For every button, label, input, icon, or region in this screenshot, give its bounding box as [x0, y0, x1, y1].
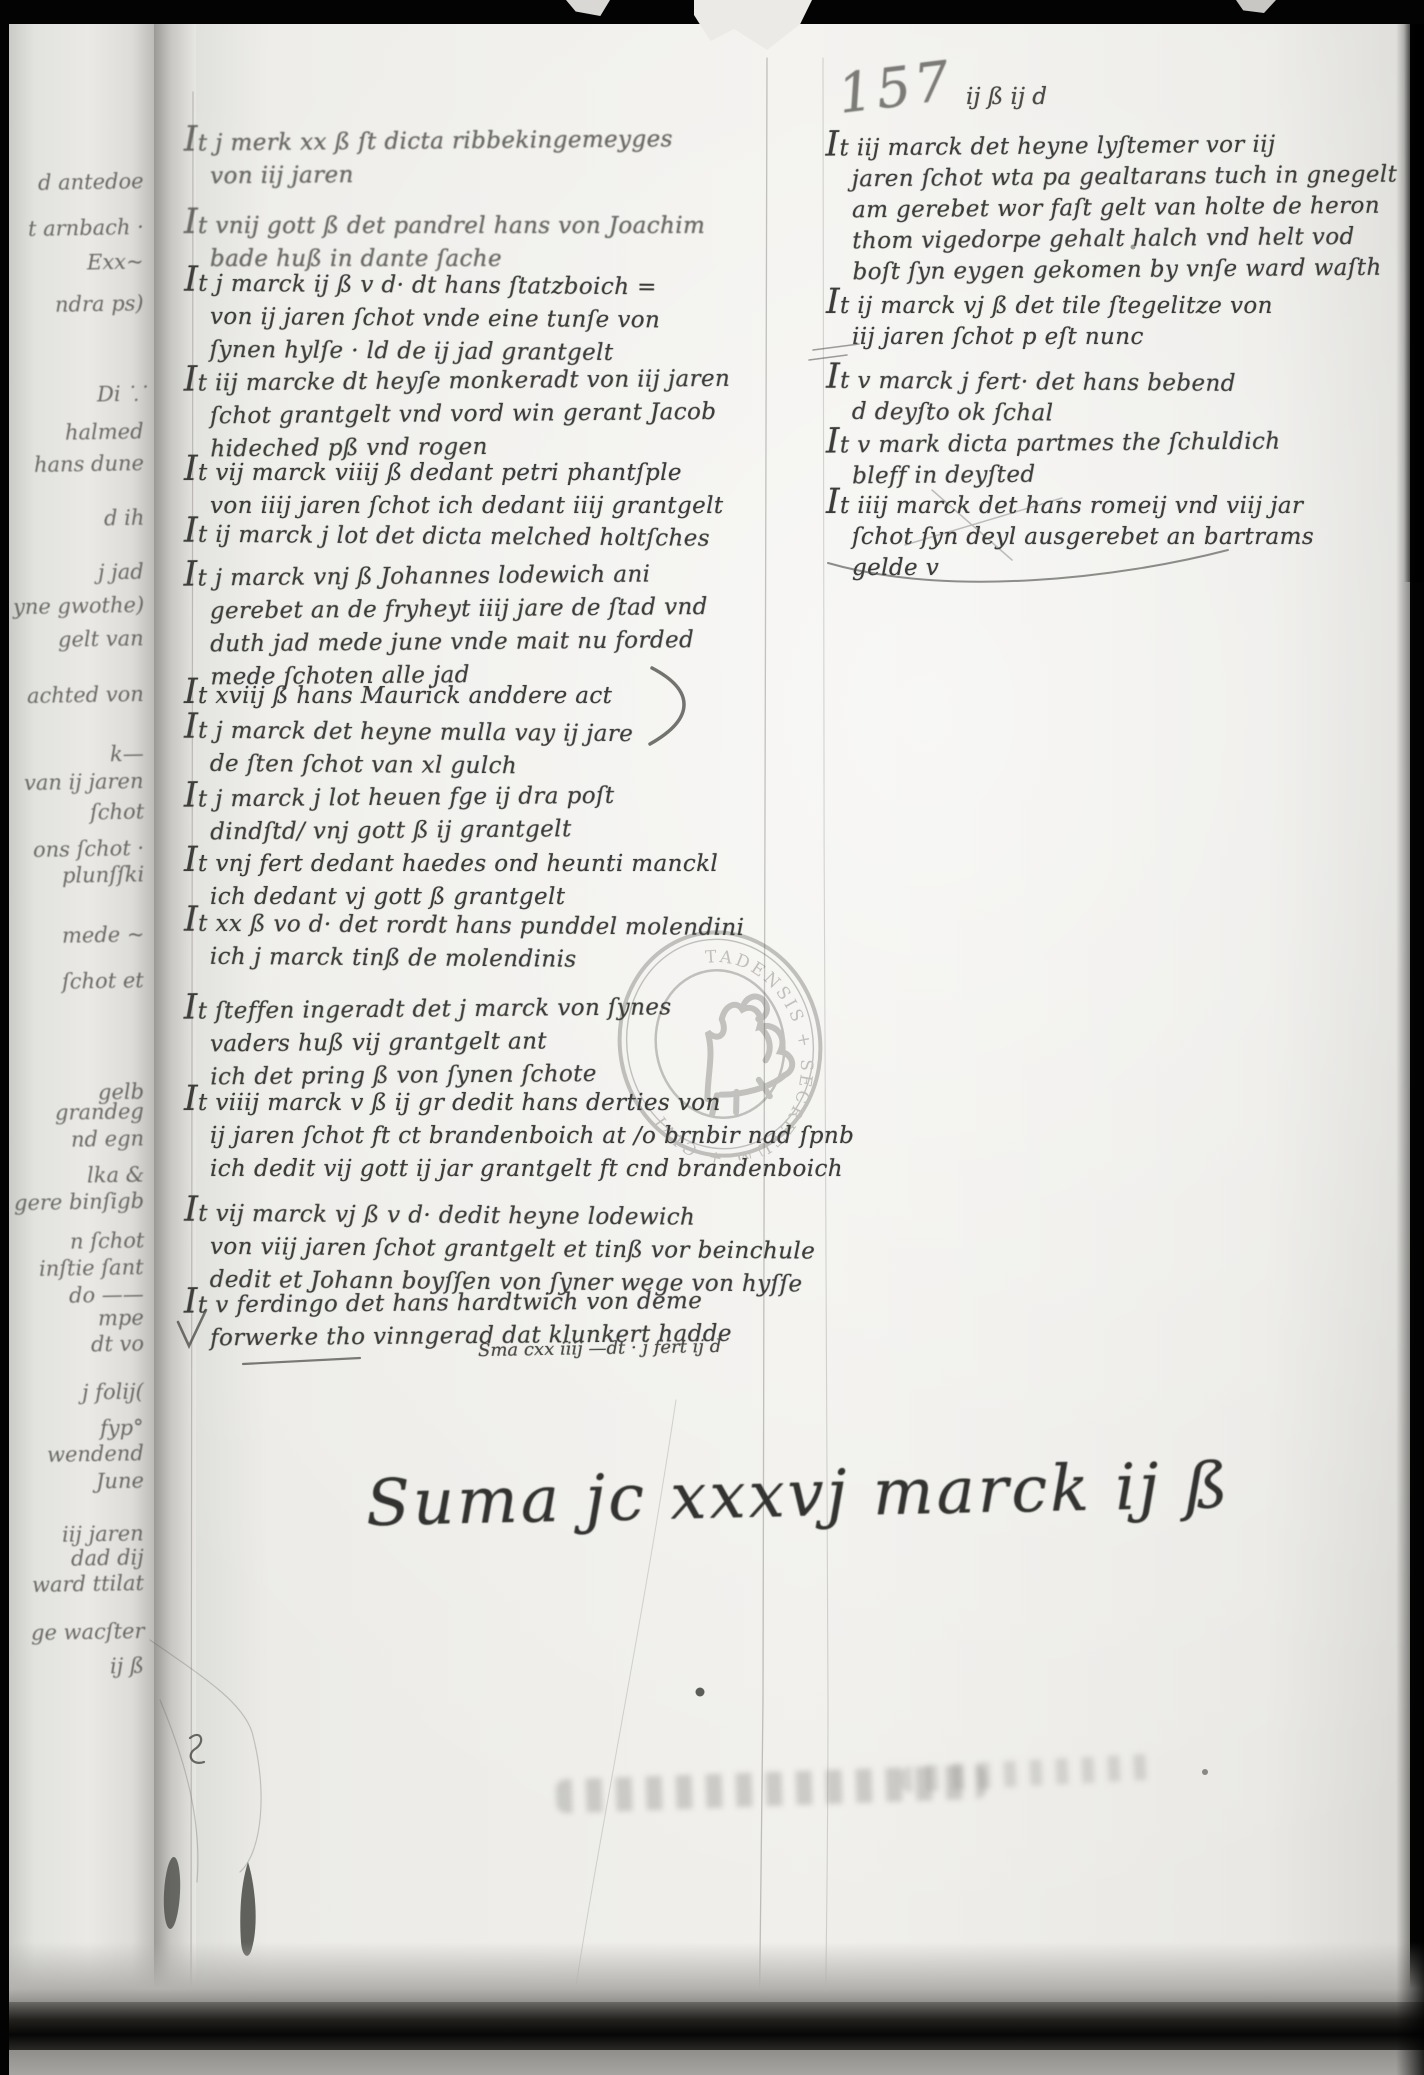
ledger-entry: It ij marck j lot det dicta melched holt…	[184, 514, 784, 557]
entry-line: jaren ſchot wta pa gealtarans tuch in gn…	[852, 159, 1416, 195]
ledger-entry: It ſteffen ingeradt det j marck von ſyne…	[184, 985, 785, 1094]
entry-line: ſchot ſyn deyl ausgerebet an bartrams	[852, 522, 1416, 553]
facing-page-fragment: iij jaren	[62, 1521, 144, 1546]
ledger-entry: It j marck vnj ß Johannes lodewich anige…	[183, 552, 784, 694]
ledger-entry: It vij marck viiij ß dedant petri phantſ…	[184, 452, 784, 523]
facing-page-fragment: hans dune	[34, 451, 144, 477]
entry-line: ſchot grantgelt vnd vord win gerant Jaco…	[210, 395, 784, 433]
entry-line: It j marck ij ß v d· dt hans ſtatzboich …	[184, 263, 784, 306]
facing-page-fragment: gere binſigb	[14, 1189, 144, 1215]
ledger-entry: It j marck ij ß v d· dt hans ſtatzboich …	[184, 263, 785, 372]
entry-line: It xx ß vo d· det rordt hans punddel mol…	[184, 903, 784, 946]
facing-page-fragment: j folij(	[82, 1379, 144, 1404]
facing-page-fragment: lka &	[86, 1163, 144, 1188]
facing-page-fragment: ndra ps)	[55, 291, 144, 317]
entry-line: It j marck vnj ß Johannes lodewich ani	[183, 552, 783, 595]
facing-page-fragment: plunſſki	[62, 862, 145, 887]
entry-line: It v marck j fert· det hans bebend	[826, 360, 1416, 402]
facing-page-fragment: Di ⸪	[96, 380, 144, 409]
entry-line: duth jad mede june vnde mait nu forded	[210, 623, 784, 661]
entry-line: ich j marck tinß de molendinis	[210, 941, 784, 979]
facing-page-fragment: d ih	[103, 506, 144, 531]
facing-page-fragment: dad dij	[71, 1545, 144, 1570]
entry-line: von iij jaren	[210, 155, 784, 193]
facing-page-fragment: n ſchot	[69, 1228, 144, 1253]
facing-page-edge: d antedoet arnbach ·Exx~ndra ps)Di ⸪halm…	[8, 22, 154, 1990]
ledger-entry: It viiij marck v ß ij gr dedit hans dert…	[184, 1082, 784, 1186]
entry-line: It j marck j lot heuen fge ij dra poſt	[184, 773, 784, 816]
facing-page-fragment: June	[96, 1469, 144, 1494]
entry-line: It ij marck vj ß det tile ſtegelitze von	[826, 285, 1416, 322]
entry-line: It j marck det heyne mulla vay ij jare	[184, 710, 784, 753]
facing-page-fragment: inſtie ſant	[39, 1255, 144, 1281]
subtotal-note: Sma cxx iiij —dt · j fert ij d	[478, 1336, 722, 1361]
entry-line: thom vigedorpe gehalt halch vnd helt vod	[852, 221, 1416, 257]
facing-page-fragments: d antedoet arnbach ·Exx~ndra ps)Di ⸪halm…	[8, 22, 154, 1990]
ledger-entry: It iij marcke dt heyſe monkeradt von iij…	[184, 357, 785, 466]
entry-line: gelde v	[852, 553, 1416, 584]
entry-line: vaders huß vij grantgelt ant	[210, 1023, 784, 1061]
ledger-entry: It ij marck vj ß det tile ſtegelitze von…	[826, 285, 1416, 353]
entry-line: It ſteffen ingeradt det j marck von ſyne…	[184, 985, 784, 1028]
facing-page-fragment: fyp°	[100, 1416, 144, 1441]
facing-page-fragment: ward ttilat	[32, 1571, 144, 1597]
entry-line: von viij jaren ſchot grantgelt et tinß v…	[210, 1231, 784, 1269]
entry-line: It xviij ß hans Maurick anddere act	[184, 675, 784, 713]
scan-bottom-shadow	[0, 2002, 1424, 2052]
entry-line: It iiij marck det hans romeij vnd viij j…	[826, 485, 1416, 522]
entry-line: It vnj fert dedant haedes ond heunti man…	[184, 843, 784, 881]
facing-page-fragment: nd egn	[71, 1126, 144, 1151]
page-bottom-curl	[8, 1942, 1424, 2004]
facing-page-fragment: ij ß	[110, 1654, 144, 1679]
ledger-entry: It xx ß vo d· det rordt hans punddel mol…	[184, 903, 785, 979]
facing-page-fragment: mede ~	[61, 922, 144, 947]
facing-page-fragment: d antedoe	[38, 169, 144, 195]
entry-line: It iij marck det heyne lyſtemer vor iij	[825, 122, 1415, 164]
entry-line: It v ferdingo det hans hardtwich von dem…	[184, 1279, 784, 1322]
entry-line: boſt ſyn eygen gekomen by vnſe ward waſt…	[852, 252, 1416, 288]
entry-line: iij jaren ſchot p eſt nunc	[852, 322, 1416, 353]
facing-page-fragment: dt vo	[91, 1332, 144, 1357]
facing-page-fragment: achted von	[27, 682, 144, 708]
facing-page-fragment: halmed	[65, 419, 144, 444]
scan-left-edge	[0, 0, 9, 2075]
facing-page-fragment: yne gwothe)	[13, 593, 145, 619]
facing-page-fragment: ſchot et	[62, 968, 144, 993]
facing-page-fragment: mpe	[98, 1306, 144, 1331]
ledger-entry: It v mark dicta partmes the ſchuldichble…	[826, 419, 1417, 492]
ledger-entry: It xviij ß hans Maurick anddere act	[184, 675, 784, 713]
facing-page-fragment: gelt van	[58, 626, 144, 651]
entry-line: It ij marck j lot det dicta melched holt…	[184, 514, 784, 557]
facing-page-fragment: do ——	[69, 1282, 144, 1307]
entry-line: am gerebet wor faſt gelt van holte de he…	[852, 190, 1416, 226]
ledger-entry: It iiij marck det hans romeij vnd viij j…	[826, 485, 1416, 584]
entry-line: It iij marcke dt heyſe monkeradt von iij…	[184, 357, 784, 400]
ledger-entry: It j marck j lot heuen fge ij dra poſtdi…	[184, 773, 785, 849]
ledger-entry: It iij marck det heyne lyſtemer vor iijj…	[825, 122, 1416, 288]
entry-line: It viiij marck v ß ij gr dedit hans dert…	[184, 1082, 784, 1120]
facing-page-fragment: Exx~	[87, 250, 144, 275]
entry-line: It vij marck vj ß v d· dedit heyne lodew…	[184, 1193, 784, 1236]
scanner-surface	[0, 2050, 1424, 2075]
ledger-entry: It j merk xx ß ſt dicta ribbekingemeyges…	[184, 117, 785, 193]
facing-page-fragment: k—	[110, 742, 144, 767]
facing-page-fragment: grandeg	[55, 1099, 144, 1125]
entry-line: ij jaren ſchot ft ct brandenboich at /o …	[210, 1120, 784, 1153]
facing-page-fragment: van ij jaren	[24, 769, 144, 795]
facing-page-fragment: t arnbach ·	[28, 215, 144, 241]
facing-page-fragment: ſchot	[90, 800, 145, 825]
entry-line: It vnij gott ß det pandrel hans von Joac…	[184, 205, 784, 243]
facing-page-fragment: ge wacſter	[30, 1619, 144, 1645]
facing-page-fragment: j jad	[98, 560, 144, 585]
manuscript-scan: d antedoet arnbach ·Exx~ndra ps)Di ⸪halm…	[0, 0, 1424, 2075]
entry-line: It v mark dicta partmes the ſchuldich	[826, 419, 1416, 461]
right-column-heading: ij ß ij d	[966, 84, 1047, 110]
entry-line: It j merk xx ß ſt dicta ribbekingemeyges	[184, 117, 784, 160]
facing-page-fragment: ons ſchot ·	[33, 836, 145, 862]
entry-line: It vij marck viiij ß dedant petri phantſ…	[184, 452, 784, 490]
facing-page-fragment: wendend	[47, 1441, 144, 1467]
entry-line: von ij jaren ſchot vnde eine tunſe von	[210, 301, 784, 339]
entry-line: gerebet an de fryheyt iiij jare de ſtad …	[210, 590, 784, 628]
scan-right-edge-dark	[1404, 22, 1424, 582]
entry-line: ich dedit vij gott ij jar grantgelt ft c…	[210, 1153, 784, 1186]
